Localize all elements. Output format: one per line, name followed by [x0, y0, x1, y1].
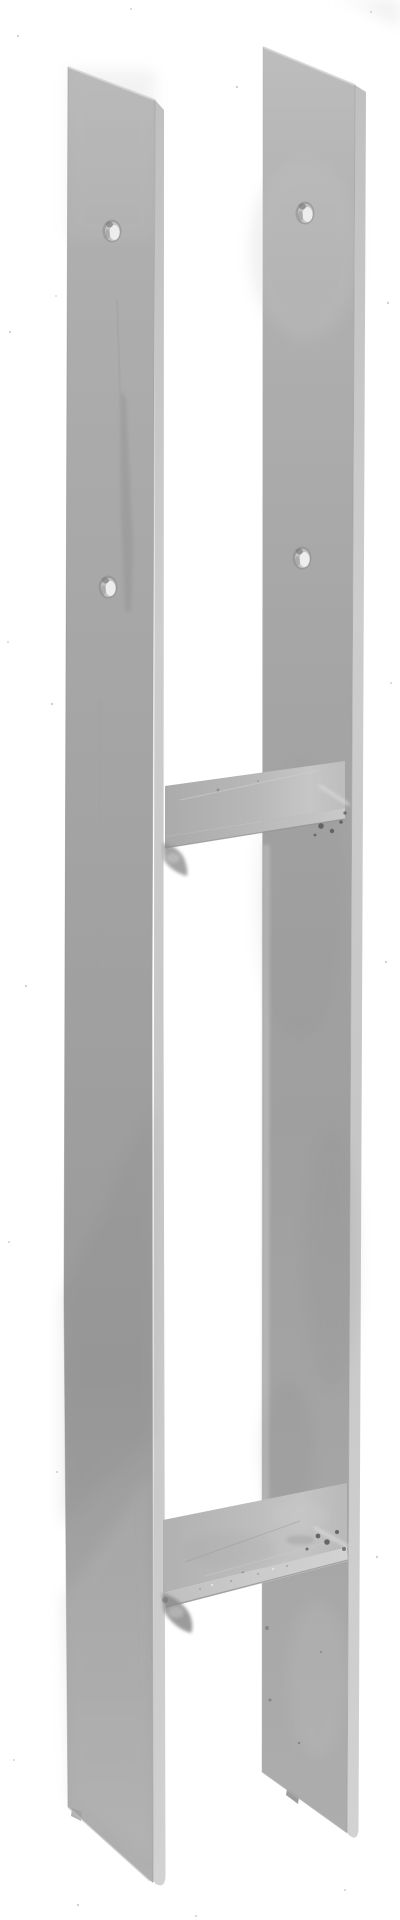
shade-patch [288, 1600, 348, 1760]
dust-speck [77, 1904, 79, 1906]
dust-speck [56, 1471, 58, 1473]
edge-grain-speck [211, 1584, 213, 1586]
product-photo-canvas [0, 0, 400, 1920]
front-flange [62, 67, 166, 1885]
weld-spot [342, 1547, 346, 1551]
edge-grain-speck [199, 1588, 201, 1590]
dust-speck [236, 86, 238, 88]
dust-speck [51, 703, 53, 705]
weld-spot [339, 820, 343, 824]
weld-spot [343, 811, 346, 814]
dust-speck [25, 985, 27, 987]
dust-speck [7, 641, 9, 643]
dust-speck [376, 1556, 378, 1558]
edge-grain-speck [286, 1565, 288, 1567]
edge-grain-speck [272, 1568, 274, 1570]
weld-bead-highlight [168, 1606, 184, 1618]
surface-speck [257, 780, 259, 782]
weld-spot [330, 829, 334, 833]
shade-patch [304, 1130, 360, 1390]
weld-spot [162, 1597, 168, 1603]
shade-patch [250, 160, 360, 340]
surface-speck [298, 1742, 300, 1744]
edge-grain-speck [230, 1580, 232, 1582]
dust-speck [370, 11, 372, 13]
dust-speck [130, 8, 132, 10]
weld-spot [324, 1539, 330, 1545]
surface-speck [217, 789, 220, 792]
weld-smudge [286, 1535, 314, 1545]
edge-grain-speck [257, 1573, 259, 1575]
bolt-hole-front-upper [103, 220, 122, 243]
weld-spot [306, 1548, 309, 1551]
bolt-hole-front-lower [99, 576, 118, 599]
dust-speck [390, 682, 392, 684]
weld-bead-highlight [166, 853, 180, 863]
bolt-hole-back-upper [296, 202, 315, 225]
h-post-anchor-illustration [0, 0, 400, 1920]
dust-speck [387, 302, 389, 304]
weld-spot [314, 834, 317, 837]
dust-speck [385, 961, 387, 963]
shade-patch [185, 1532, 275, 1568]
weld-spot [316, 1534, 321, 1539]
dust-speck [55, 295, 57, 297]
surface-speck [265, 1626, 269, 1630]
weld-spot [335, 1530, 339, 1534]
surface-speck [269, 1699, 272, 1702]
dust-speck [151, 1656, 153, 1658]
shade-patch [68, 70, 155, 240]
weld-spot [318, 823, 324, 829]
dust-speck [195, 1915, 197, 1917]
dust-speck [344, 1889, 346, 1891]
dust-speck [8, 1241, 10, 1243]
dust-speck [13, 1759, 15, 1761]
bolt-hole-back-lower [293, 547, 312, 570]
shade-patch [270, 1503, 330, 1527]
dust-speck [9, 331, 11, 333]
dust-speck [17, 35, 19, 37]
surface-speck [320, 1651, 322, 1653]
